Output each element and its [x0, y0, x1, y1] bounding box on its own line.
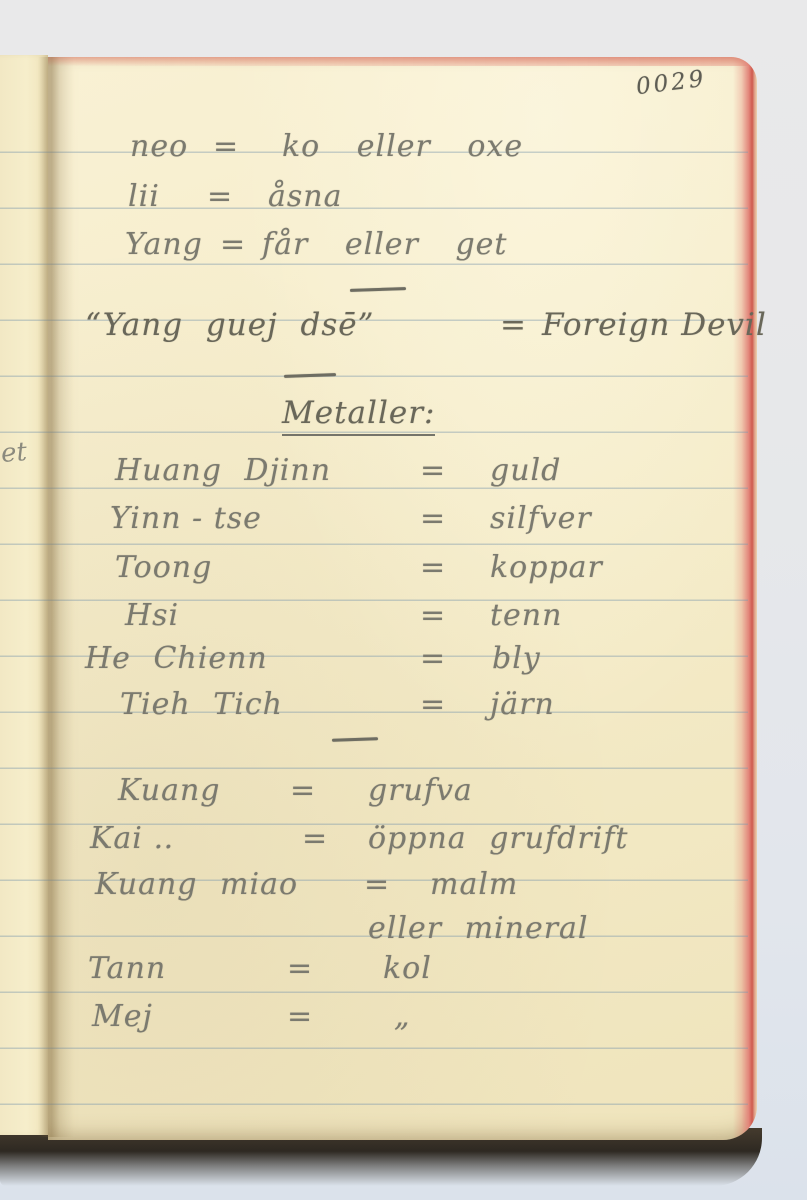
- scanned-notebook-page: 0029 et neo = ko eller oxe lii = åsna Ya…: [0, 0, 807, 1200]
- facing-page-edge: [0, 55, 48, 1135]
- notebook-page: [48, 57, 757, 1140]
- facing-page-text-fragment: et: [0, 437, 28, 469]
